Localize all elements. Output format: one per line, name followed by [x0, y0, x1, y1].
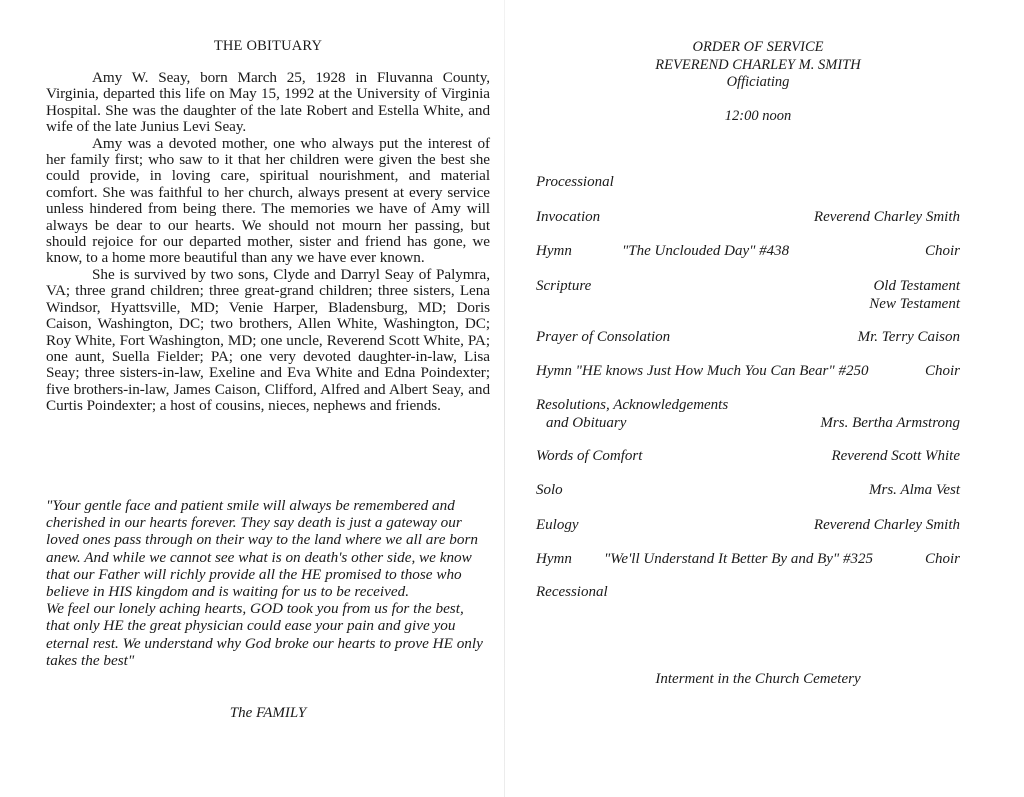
service-item: Words of Comfort	[536, 448, 642, 466]
obituary-title: THE OBITUARY	[46, 38, 490, 55]
service-participant: Choir	[925, 243, 960, 261]
family-signature: The FAMILY	[46, 705, 490, 722]
service-participant: Old Testament	[873, 278, 960, 296]
obituary-page: THE OBITUARY Amy W. Seay, born March 25,…	[46, 0, 490, 797]
order-of-service-page: ORDER OF SERVICE REVEREND CHARLEY M. SMI…	[536, 0, 960, 797]
officiating-label: Officiating	[536, 74, 980, 92]
service-item: Solo	[536, 482, 563, 500]
service-participant: Choir	[925, 551, 960, 569]
poem-stanza: We feel our lonely aching hearts, GOD to…	[46, 600, 490, 669]
service-item: Prayer of Consolation	[536, 329, 670, 347]
officiant-name: REVEREND CHARLEY M. SMITH	[536, 57, 980, 75]
service-time: 12:00 noon	[536, 108, 980, 125]
service-participant: Reverend Scott White	[831, 448, 960, 466]
obituary-paragraph: She is survived by two sons, Clyde and D…	[46, 267, 490, 415]
family-poem: "Your gentle face and patient smile will…	[46, 497, 490, 669]
service-participant: Mrs. Bertha Armstrong	[820, 415, 960, 433]
obituary-paragraph: Amy was a devoted mother, one who always…	[46, 136, 490, 267]
service-item: Processional	[536, 174, 614, 192]
interment-note: Interment in the Church Cemetery	[536, 671, 980, 688]
obituary-paragraph: Amy W. Seay, born March 25, 1928 in Fluv…	[46, 70, 490, 136]
service-item: Resolutions, Acknowledgements	[536, 397, 728, 415]
service-item: Hymn	[536, 551, 572, 569]
service-participant: New Testament	[869, 296, 960, 314]
service-item: Invocation	[536, 209, 600, 227]
service-header: ORDER OF SERVICE REVEREND CHARLEY M. SMI…	[536, 39, 980, 92]
poem-stanza: "Your gentle face and patient smile will…	[46, 497, 490, 600]
service-item: and Obituary	[546, 415, 626, 433]
service-participant: Mrs. Alma Vest	[869, 482, 960, 500]
service-item: Eulogy	[536, 517, 579, 535]
hymn-title: "The Unclouded Day" #438	[622, 243, 789, 261]
service-participant: Mr. Terry Caison	[858, 329, 960, 347]
service-item: Hymn "HE knows Just How Much You Can Bea…	[536, 363, 868, 381]
service-participant: Reverend Charley Smith	[814, 517, 960, 535]
service-participant: Choir	[925, 363, 960, 381]
service-item: Scripture	[536, 278, 591, 296]
service-item: Recessional	[536, 584, 608, 602]
service-participant: Reverend Charley Smith	[814, 209, 960, 227]
obituary-body: Amy W. Seay, born March 25, 1928 in Fluv…	[46, 70, 490, 415]
page-fold	[504, 0, 505, 797]
service-item: Hymn	[536, 243, 572, 261]
hymn-title: "We'll Understand It Better By and By" #…	[604, 551, 873, 569]
service-title: ORDER OF SERVICE	[536, 39, 980, 57]
